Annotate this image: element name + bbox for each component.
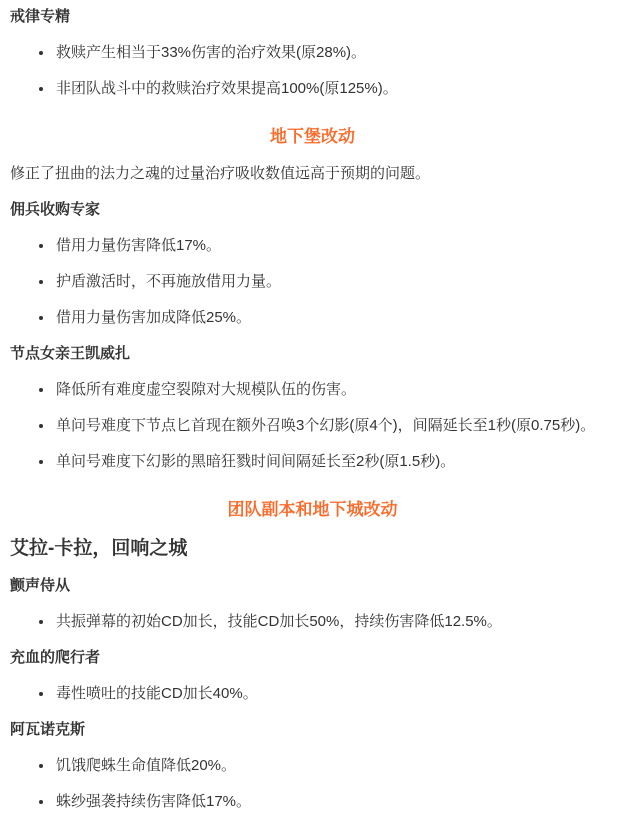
bloodgorged-crawler-bullet-list: 毒性喷吐的技能CD加长40%。 <box>10 684 615 704</box>
change-note-item: 借用力量伤害加成降低25%。 <box>54 308 615 328</box>
change-note-item: 共振弹幕的初始CD加长，技能CD加长50%，持续伤害降低12.5%。 <box>54 612 615 632</box>
heading-boss-trilling-attendant: 颤声侍从 <box>10 576 615 596</box>
mercenary-bullet-list: 借用力量伤害降低17%。 护盾激活时，不再施放借用力量。 借用力量伤害加成降低2… <box>10 236 615 328</box>
change-note-item: 单问号难度下幻影的黑暗狂戮时间间隔延长至2秒(原1.5秒)。 <box>54 452 615 472</box>
avanoxx-bullet-list: 饥饿爬蛛生命值降低20%。 蛛纱强袭持续伤害降低17%。 <box>10 756 615 812</box>
heading-mercenary-expert: 佣兵收购专家 <box>10 200 615 220</box>
discipline-bullet-list: 救赎产生相当于33%伤害的治疗效果(原28%)。 非团队战斗中的救赎治疗效果提高… <box>10 43 615 99</box>
change-note-item: 救赎产生相当于33%伤害的治疗效果(原28%)。 <box>54 43 615 63</box>
delves-intro-paragraph: 修正了扭曲的法力之魂的过量治疗吸收数值远高于预期的问题。 <box>10 164 615 184</box>
heading-instance-arakara: 艾拉-卡拉，回响之城 <box>10 537 615 561</box>
trilling-attendant-bullet-list: 共振弹幕的初始CD加长，技能CD加长50%，持续伤害降低12.5%。 <box>10 612 615 632</box>
section-heading-raids: 团队副本和地下城改动 <box>10 499 615 521</box>
section-heading-delves: 地下堡改动 <box>10 126 615 148</box>
patch-notes-document: 戒律专精 救赎产生相当于33%伤害的治疗效果(原28%)。 非团队战斗中的救赎治… <box>0 0 627 838</box>
change-note-item: 毒性喷吐的技能CD加长40%。 <box>54 684 615 704</box>
change-note-item: 护盾激活时，不再施放借用力量。 <box>54 272 615 292</box>
heading-discipline-spec: 戒律专精 <box>10 7 615 27</box>
nexus-princess-bullet-list: 降低所有难度虚空裂隙对大规模队伍的伤害。 单问号难度下节点匕首现在额外召唤3个幻… <box>10 380 615 472</box>
change-note-item: 饥饿爬蛛生命值降低20%。 <box>54 756 615 776</box>
change-note-item: 非团队战斗中的救赎治疗效果提高100%(原125%)。 <box>54 79 615 99</box>
change-note-item: 蛛纱强袭持续伤害降低17%。 <box>54 792 615 812</box>
heading-boss-bloodgorged-crawler: 充血的爬行者 <box>10 648 615 668</box>
change-note-item: 降低所有难度虚空裂隙对大规模队伍的伤害。 <box>54 380 615 400</box>
change-note-item: 借用力量伤害降低17%。 <box>54 236 615 256</box>
change-note-item: 单问号难度下节点匕首现在额外召唤3个幻影(原4个)，间隔延长至1秒(原0.75秒… <box>54 416 615 436</box>
heading-boss-avanoxx: 阿瓦诺克斯 <box>10 720 615 740</box>
heading-boss-nexus-princess: 节点女亲王凯威扎 <box>10 344 615 364</box>
